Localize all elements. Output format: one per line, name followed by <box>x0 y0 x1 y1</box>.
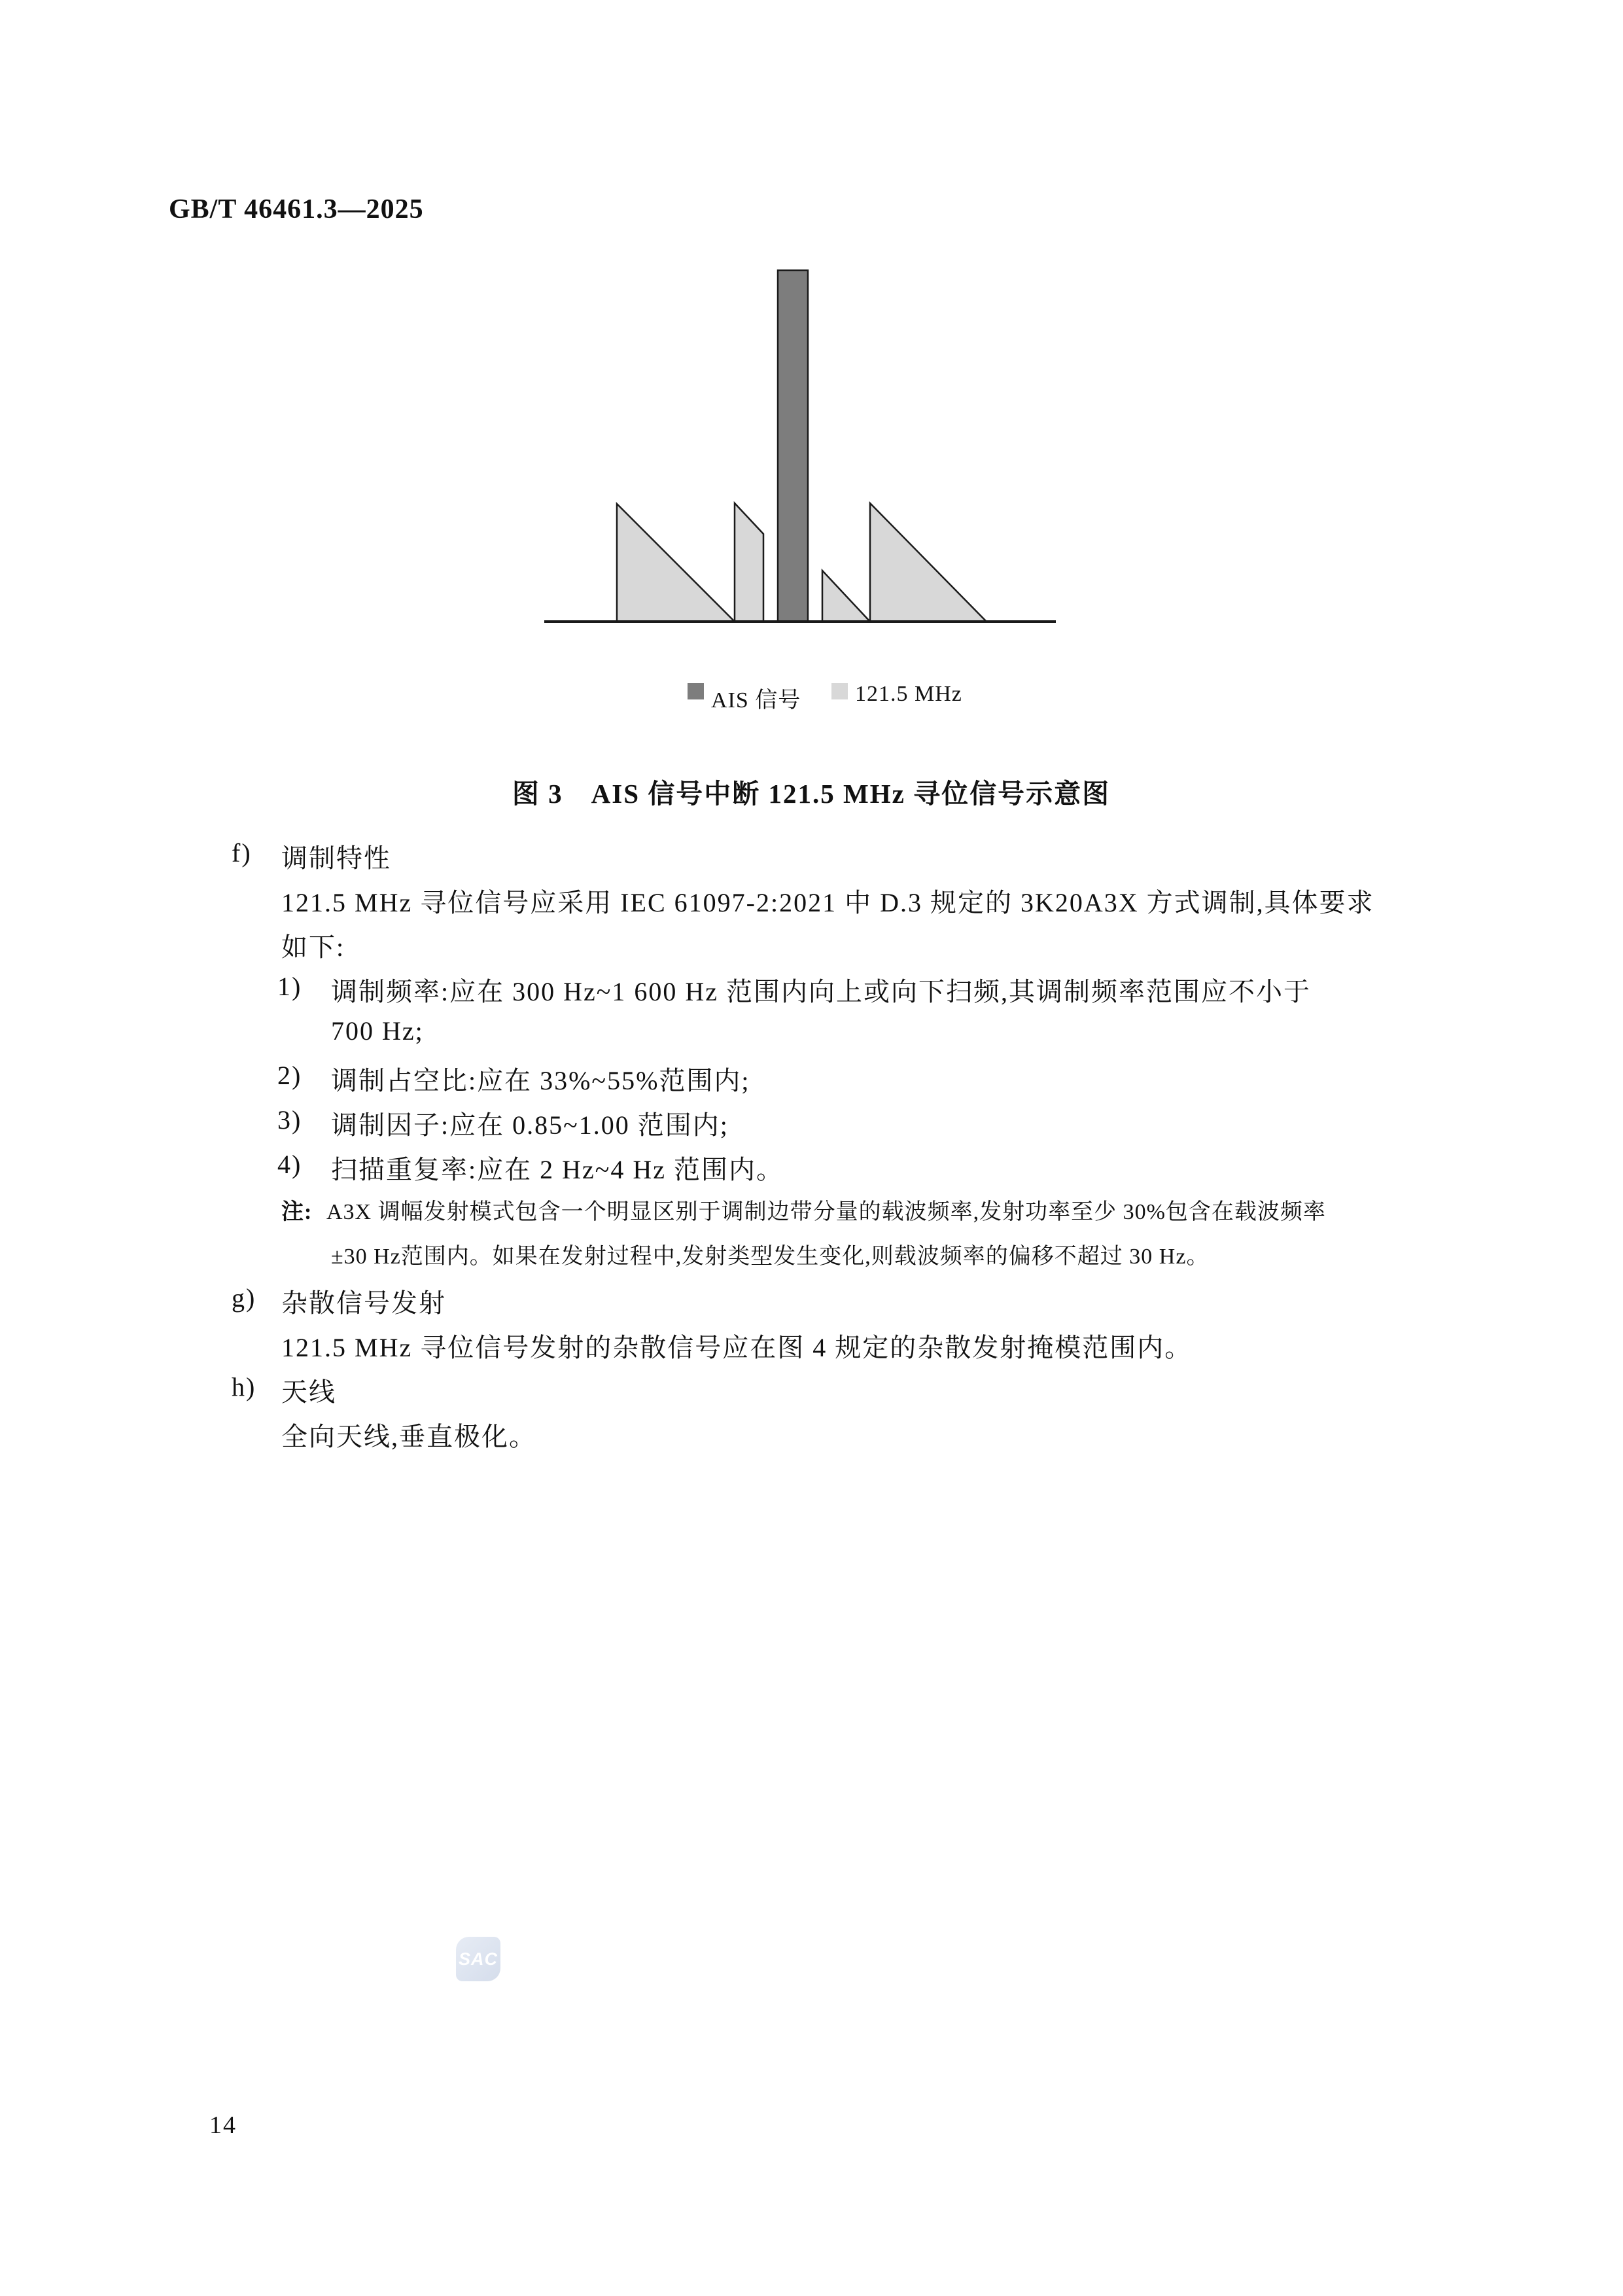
line-text: 121.5 MHz 寻位信号发射的杂散信号应在图 4 规定的杂散发射掩模范围内。 <box>281 1327 1192 1364</box>
line-text: 全向天线,垂直极化。 <box>281 1416 536 1453</box>
line-text: 天线 <box>281 1371 336 1409</box>
line-text: 700 Hz; <box>331 1016 424 1046</box>
line-text: 调制占空比:应在 33%~55%范围内; <box>331 1060 750 1097</box>
line-text: 调制特性 <box>281 838 391 875</box>
list-marker: f) <box>232 838 252 868</box>
text-line: 121.5 MHz 寻位信号发射的杂散信号应在图 4 规定的杂散发射掩模范围内。 <box>0 1327 1623 1371</box>
sac-watermark-logo: SAC <box>456 1937 500 1981</box>
line-text: 调制频率:应在 300 Hz~1 600 Hz 范围内向上或向下扫频,其调制频率… <box>331 971 1311 1008</box>
list-marker: 注: <box>281 1193 312 1226</box>
text-line: 700 Hz; <box>0 1016 1623 1060</box>
line-text: ±30 Hz范围内。如果在发射过程中,发射类型发生变化,则载波频率的偏移不超过 … <box>331 1238 1209 1270</box>
clipped-sweep-triangle <box>735 503 763 622</box>
line-text: 调制因子:应在 0.85~1.00 范围内; <box>331 1104 729 1142</box>
small-sweep-triangle <box>822 571 870 622</box>
legend-swatch-icon <box>831 683 848 699</box>
right-sweep-triangle <box>870 503 986 622</box>
figure-caption: 图 3 AIS 信号中断 121.5 MHz 寻位信号示意图 <box>216 772 1406 811</box>
document-number: GB/T 46461.3—2025 <box>169 194 424 225</box>
line-text: A3X 调幅发射模式包含一个明显区别于调制边带分量的载波频率,发射功率至少 30… <box>326 1193 1326 1226</box>
page-number: 14 <box>209 2111 237 2140</box>
list-marker: 3) <box>277 1104 302 1135</box>
text-line: 全向天线,垂直极化。 <box>0 1416 1623 1460</box>
legend-label: AIS 信号 <box>711 682 801 714</box>
ais-signal-bar <box>778 270 808 622</box>
sac-watermark-text: SAC <box>459 1949 498 1969</box>
list-marker: 2) <box>277 1060 302 1091</box>
legend-swatch-icon <box>688 683 704 699</box>
text-line: 1)调制频率:应在 300 Hz~1 600 Hz 范围内向上或向下扫频,其调制… <box>0 971 1623 1016</box>
text-line: f)调制特性 <box>0 838 1623 882</box>
text-line: 如下: <box>0 927 1623 971</box>
left-sweep-triangle <box>617 504 735 622</box>
legend-label: 121.5 MHz <box>855 682 962 707</box>
line-text: 扫描重复率:应在 2 Hz~4 Hz 范围内。 <box>331 1149 784 1186</box>
text-line: 注:A3X 调幅发射模式包含一个明显区别于调制边带分量的载波频率,发射功率至少 … <box>0 1193 1623 1238</box>
document-page: { "page": { "header": "GB/T 46461.3—2025… <box>0 0 1623 2296</box>
list-marker: 4) <box>277 1149 302 1180</box>
text-line: g)杂散信号发射 <box>0 1282 1623 1327</box>
text-line: 2)调制占空比:应在 33%~55%范围内; <box>0 1060 1623 1104</box>
line-text: 如下: <box>281 927 345 964</box>
figure-3-diagram <box>497 249 1086 641</box>
list-marker: h) <box>232 1371 256 1402</box>
list-marker: 1) <box>277 971 302 1002</box>
line-text: 121.5 MHz 寻位信号应采用 IEC 61097-2:2021 中 D.3… <box>281 882 1374 919</box>
list-marker: g) <box>232 1282 256 1313</box>
line-text: 杂散信号发射 <box>281 1282 446 1320</box>
text-line: 3)调制因子:应在 0.85~1.00 范围内; <box>0 1104 1623 1149</box>
text-line: ±30 Hz范围内。如果在发射过程中,发射类型发生变化,则载波频率的偏移不超过 … <box>0 1238 1623 1282</box>
text-line: h)天线 <box>0 1371 1623 1416</box>
text-line: 4)扫描重复率:应在 2 Hz~4 Hz 范围内。 <box>0 1149 1623 1193</box>
text-line: 121.5 MHz 寻位信号应采用 IEC 61097-2:2021 中 D.3… <box>0 882 1623 927</box>
